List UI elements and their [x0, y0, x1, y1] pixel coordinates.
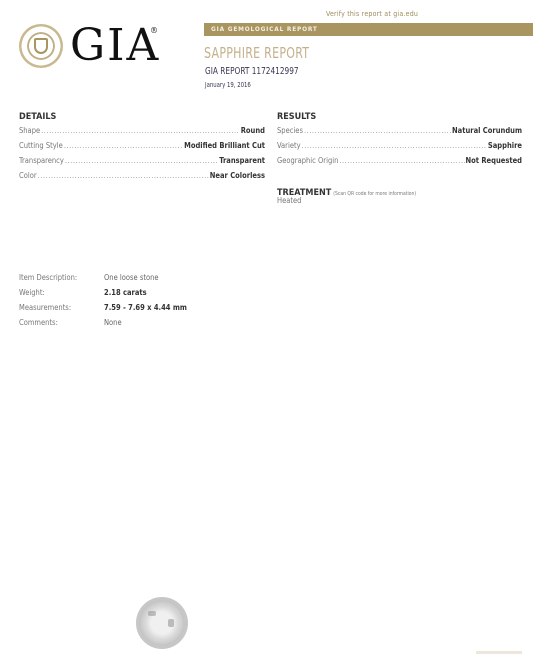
details-row-transparency: TransparencyTransparent [19, 156, 265, 170]
report-banner: GIA GEMOLOGICAL REPORT [204, 23, 533, 36]
detail-label: Cutting Style [19, 141, 63, 150]
measurements-label: Measurements: [19, 303, 71, 312]
results-row-species: SpeciesNatural Corundum [277, 126, 522, 140]
result-label: Variety [277, 141, 301, 150]
detail-value: Near Colorless [210, 171, 265, 180]
item-description-label: Item Description: [19, 273, 77, 282]
comments-label: Comments: [19, 318, 58, 327]
report-title: SAPPHIRE REPORT [204, 44, 309, 62]
leader-dots [304, 126, 451, 135]
detail-value: Modified Brilliant Cut [184, 141, 265, 150]
item-description-value: One loose stone [104, 273, 159, 282]
results-row-geographic-origin: Geographic OriginNot Requested [277, 156, 522, 170]
results-row-variety: VarietySapphire [277, 141, 522, 155]
verify-link[interactable]: Verify this report at gia.edu [326, 10, 418, 18]
details-heading: DETAILS [19, 112, 56, 122]
banner-label: GIA GEMOLOGICAL REPORT [211, 25, 318, 33]
details-row-cutting-style: Cutting StyleModified Brilliant Cut [19, 141, 265, 155]
measurements-value: 7.59 - 7.69 x 4.44 mm [104, 303, 187, 312]
result-value: Not Requested [466, 156, 523, 165]
report-number: GIA REPORT 1172412997 [205, 66, 299, 77]
result-value: Natural Corundum [452, 126, 522, 135]
treatment-note: (Scan QR code for more information) [333, 191, 416, 197]
gia-logo-wordmark: GIA [70, 20, 160, 72]
detail-value: Round [241, 126, 265, 135]
detail-label: Transparency [19, 156, 64, 165]
result-label: Species [277, 126, 303, 135]
result-label: Geographic Origin [277, 156, 338, 165]
details-row-color: ColorNear Colorless [19, 171, 265, 185]
leader-dots [41, 126, 240, 135]
leader-dots [38, 171, 209, 180]
treatment-value: Heated [277, 196, 301, 205]
weight-value: 2.18 carats [104, 288, 147, 297]
comments-value: None [104, 318, 122, 327]
footer-mark [476, 651, 522, 654]
result-value: Sapphire [488, 141, 522, 150]
leader-dots [64, 141, 183, 150]
leader-dots [302, 141, 487, 150]
gia-seal-icon [19, 24, 63, 68]
registered-mark: ® [150, 26, 158, 35]
results-heading: RESULTS [277, 112, 316, 122]
leader-dots [65, 156, 218, 165]
gemstone-image [136, 597, 188, 649]
weight-label: Weight: [19, 288, 45, 297]
detail-label: Color [19, 171, 37, 180]
detail-label: Shape [19, 126, 40, 135]
detail-value: Transparent [219, 156, 265, 165]
report-date: January 19, 2016 [205, 81, 251, 89]
details-row-shape: ShapeRound [19, 126, 265, 140]
leader-dots [339, 156, 464, 165]
